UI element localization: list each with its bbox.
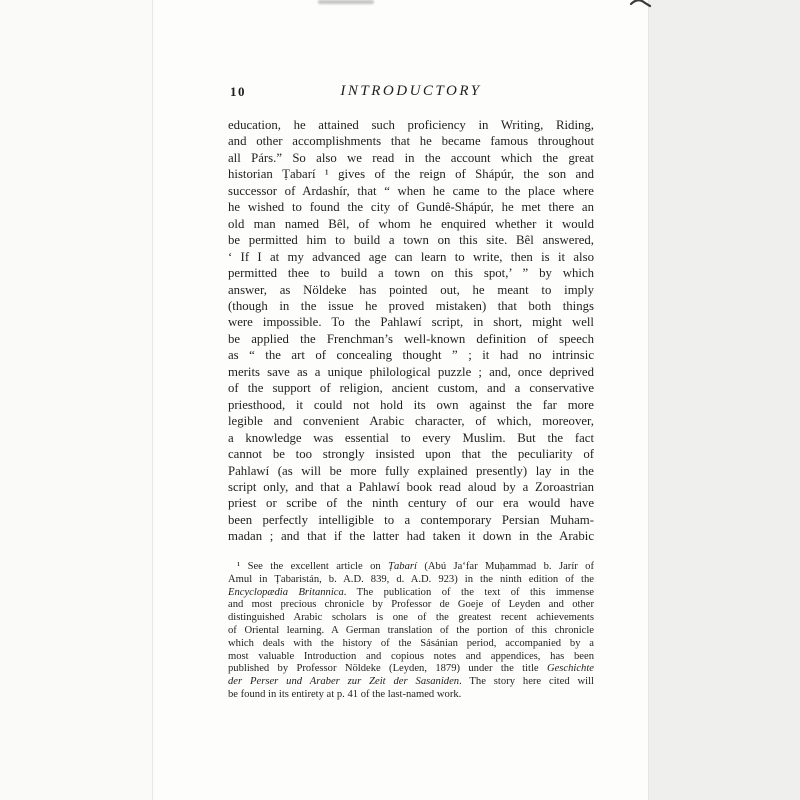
italic-text-segment: Geschichte	[547, 663, 594, 674]
text-line: of the support of religion, ancient cust…	[228, 380, 594, 396]
text-line: old man named Bêl, of whom he enquired w…	[228, 216, 594, 232]
text-segment: of Oriental learning. A German translati…	[228, 625, 594, 636]
text-line: merits save as a unique philological puz…	[228, 364, 594, 380]
scanned-book-page: 10 INTRODUCTORY education, he attained s…	[0, 0, 800, 800]
text-segment: script only, and that a Pahlawí book rea…	[228, 480, 594, 494]
text-segment: published by Professor Nöldeke (Leyden, …	[228, 663, 547, 674]
text-segment: be found in its entirety at p. 41 of the…	[228, 689, 461, 700]
text-line: distinguished Arabic scholars is one of …	[228, 612, 594, 625]
text-segment: answer, as Nöldeke has pointed out, he m…	[228, 283, 594, 297]
text-line: legible and convenient Arabic character,…	[228, 413, 594, 429]
text-line: were impossible. To the Pahlawí script, …	[228, 314, 594, 330]
text-segment: he wished to found the city of Gundê-Shá…	[228, 200, 594, 214]
italic-text-segment: Encyclopædia Britannica	[228, 587, 344, 598]
text-segment: old man named Bêl, of whom he enquired w…	[228, 217, 594, 231]
scan-corner-mark-artifact	[630, 0, 652, 10]
italic-text-segment: Ṭabarí	[388, 561, 417, 572]
running-title: INTRODUCTORY	[228, 83, 594, 100]
italic-text-segment: der Perser und Araber zur Zeit der Sasan…	[228, 676, 459, 687]
text-segment: and other accomplishments that he became…	[228, 134, 594, 148]
text-line: be applied the Frenchman’s well-known de…	[228, 331, 594, 347]
text-segment: of the support of religion, ancient cust…	[228, 381, 594, 395]
text-line: successor of Ardashír, that “ when he ca…	[228, 183, 594, 199]
text-segment: education, he attained such proficiency …	[228, 118, 594, 132]
text-line: historian Ṭabarí ¹ gives of the reign of…	[228, 166, 594, 182]
text-segment: Ámul in Ṭabaristán, b. A.D. 839, d. A.D.…	[228, 574, 594, 585]
text-segment: as “ the art of concealing thought ” ; i…	[228, 348, 594, 362]
text-segment: priesthood, it could not hold its own ag…	[228, 398, 594, 412]
text-line: Encyclopædia Britannica. The publication…	[228, 587, 594, 600]
running-header: 10 INTRODUCTORY	[228, 83, 594, 101]
text-line: most valuable Introduction and copious n…	[228, 651, 594, 664]
text-line: been perfectly intelligible to a contemp…	[228, 512, 594, 528]
text-line: Ámul in Ṭabaristán, b. A.D. 839, d. A.D.…	[228, 574, 594, 587]
scan-right-margin	[649, 0, 800, 800]
text-segment: and most precious chronicle by Professor…	[228, 599, 594, 610]
text-segment: merits save as a unique philological puz…	[228, 365, 594, 379]
text-line: priest or scribe of the ninth century of…	[228, 495, 594, 511]
text-line: priesthood, it could not hold its own ag…	[228, 397, 594, 413]
text-line: and other accomplishments that he became…	[228, 133, 594, 149]
text-segment: successor of Ardashír, that “ when he ca…	[228, 184, 594, 198]
text-line: cannot be too strongly insisted upon tha…	[228, 446, 594, 462]
text-line: Pahlawí (as will be more fully explained…	[228, 463, 594, 479]
text-line: all Párs.” So also we read in the accoun…	[228, 150, 594, 166]
text-line: education, he attained such proficiency …	[228, 117, 594, 133]
text-segment: all Párs.” So also we read in the accoun…	[228, 151, 594, 165]
text-segment: (though in the issue he proved mistaken)…	[228, 299, 594, 313]
text-line: answer, as Nöldeke has pointed out, he m…	[228, 282, 594, 298]
text-segment: ‘ If I at my advanced age can learn to w…	[228, 250, 594, 264]
text-segment: be applied the Frenchman’s well-known de…	[228, 332, 594, 346]
text-segment: ¹ See the excellent article on	[237, 561, 388, 572]
text-line: which deals with the history of the Sásá…	[228, 638, 594, 651]
text-segment: distinguished Arabic scholars is one of …	[228, 612, 594, 623]
text-line: be permitted him to build a town on this…	[228, 232, 594, 248]
scan-smudge-artifact	[318, 0, 374, 4]
text-line: (though in the issue he proved mistaken)…	[228, 298, 594, 314]
scan-left-margin	[0, 0, 152, 800]
text-line: a knowledge was essential to every Musli…	[228, 430, 594, 446]
text-line: der Perser und Araber zur Zeit der Sasan…	[228, 676, 594, 689]
text-line: script only, and that a Pahlawí book rea…	[228, 479, 594, 495]
text-segment: permitted thee to build a town on this s…	[228, 266, 594, 280]
text-line: ‘ If I at my advanced age can learn to w…	[228, 249, 594, 265]
body-text-block: education, he attained such proficiency …	[228, 117, 594, 545]
text-segment: were impossible. To the Pahlawí script, …	[228, 315, 594, 329]
text-segment: cannot be too strongly insisted upon tha…	[228, 447, 594, 461]
text-segment: . The publication of the text of this im…	[344, 587, 594, 598]
text-line: and most precious chronicle by Professor…	[228, 599, 594, 612]
text-line: he wished to found the city of Gundê-Shá…	[228, 199, 594, 215]
text-line: madan ; and that if the latter had taken…	[228, 528, 594, 544]
text-segment: a knowledge was essential to every Musli…	[228, 431, 594, 445]
text-segment: Pahlawí (as will be more fully explained…	[228, 464, 594, 478]
text-line: permitted thee to build a town on this s…	[228, 265, 594, 281]
text-line: ¹ See the excellent article on Ṭabarí (A…	[228, 561, 594, 574]
text-segment: be permitted him to build a town on this…	[228, 233, 594, 247]
text-segment: madan ; and that if the latter had taken…	[228, 529, 594, 543]
text-segment: which deals with the history of the Sásá…	[228, 638, 594, 649]
text-line: be found in its entirety at p. 41 of the…	[228, 689, 594, 702]
text-segment: . The story here cited will	[459, 676, 594, 687]
text-segment: historian Ṭabarí ¹ gives of the reign of…	[228, 167, 594, 181]
text-segment: been perfectly intelligible to a contemp…	[228, 513, 594, 527]
text-segment: legible and convenient Arabic character,…	[228, 414, 594, 428]
text-segment: (Abú Ja‘far Muḥammad b. Jarír of	[417, 561, 594, 572]
text-line: as “ the art of concealing thought ” ; i…	[228, 347, 594, 363]
text-segment: priest or scribe of the ninth century of…	[228, 496, 594, 510]
text-line: of Oriental learning. A German translati…	[228, 625, 594, 638]
footnote-block: ¹ See the excellent article on Ṭabarí (A…	[228, 561, 594, 702]
text-segment: most valuable Introduction and copious n…	[228, 651, 594, 662]
text-line: published by Professor Nöldeke (Leyden, …	[228, 663, 594, 676]
